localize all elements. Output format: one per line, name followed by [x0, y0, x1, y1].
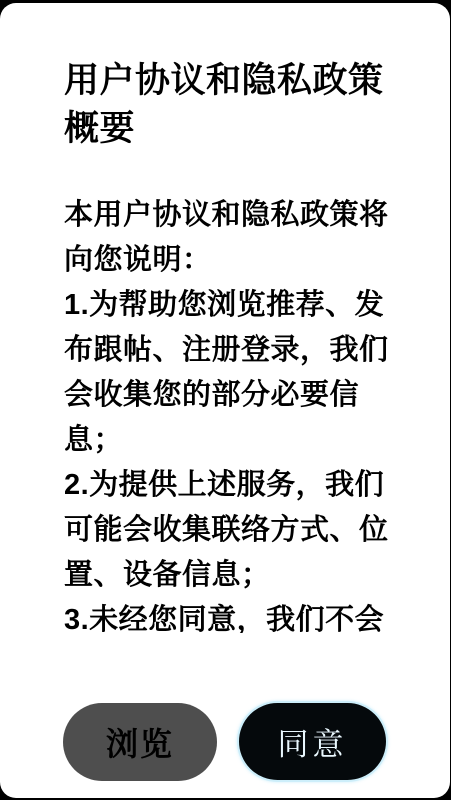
- policy-text-line: 本用户协议和隐私政策将: [64, 193, 424, 238]
- privacy-dialog-card: 用户协议和隐私政策概要 本用户协议和隐私政策将 向您说明： 1.为帮助您浏览推荐…: [0, 3, 450, 798]
- policy-text-line: 1.为帮助您浏览推荐、发: [64, 283, 424, 328]
- dialog-title: 用户协议和隐私政策概要: [64, 57, 409, 153]
- policy-text-line: 会收集您的部分必要信: [64, 373, 424, 418]
- policy-text-line: 3.未经您同意，我们不会: [64, 598, 424, 633]
- browse-button[interactable]: 浏览: [63, 703, 217, 781]
- policy-text-line: 可能会收集联络方式、位: [64, 508, 424, 553]
- policy-text-line: 2.为提供上述服务，我们: [64, 463, 424, 508]
- policy-text-line: 向您说明：: [64, 238, 424, 283]
- policy-summary-text[interactable]: 本用户协议和隐私政策将 向您说明： 1.为帮助您浏览推荐、发 布跟帖、注册登录，…: [64, 193, 424, 633]
- policy-text-line: 置、设备信息；: [64, 553, 424, 598]
- phone-screen: { "dialog": { "title": "用户协议和隐私政策概要", "b…: [0, 0, 451, 800]
- agree-button[interactable]: 同意: [237, 701, 388, 782]
- policy-text-line: 息；: [64, 418, 424, 463]
- policy-text-line: 布跟帖、注册登录，我们: [64, 328, 424, 373]
